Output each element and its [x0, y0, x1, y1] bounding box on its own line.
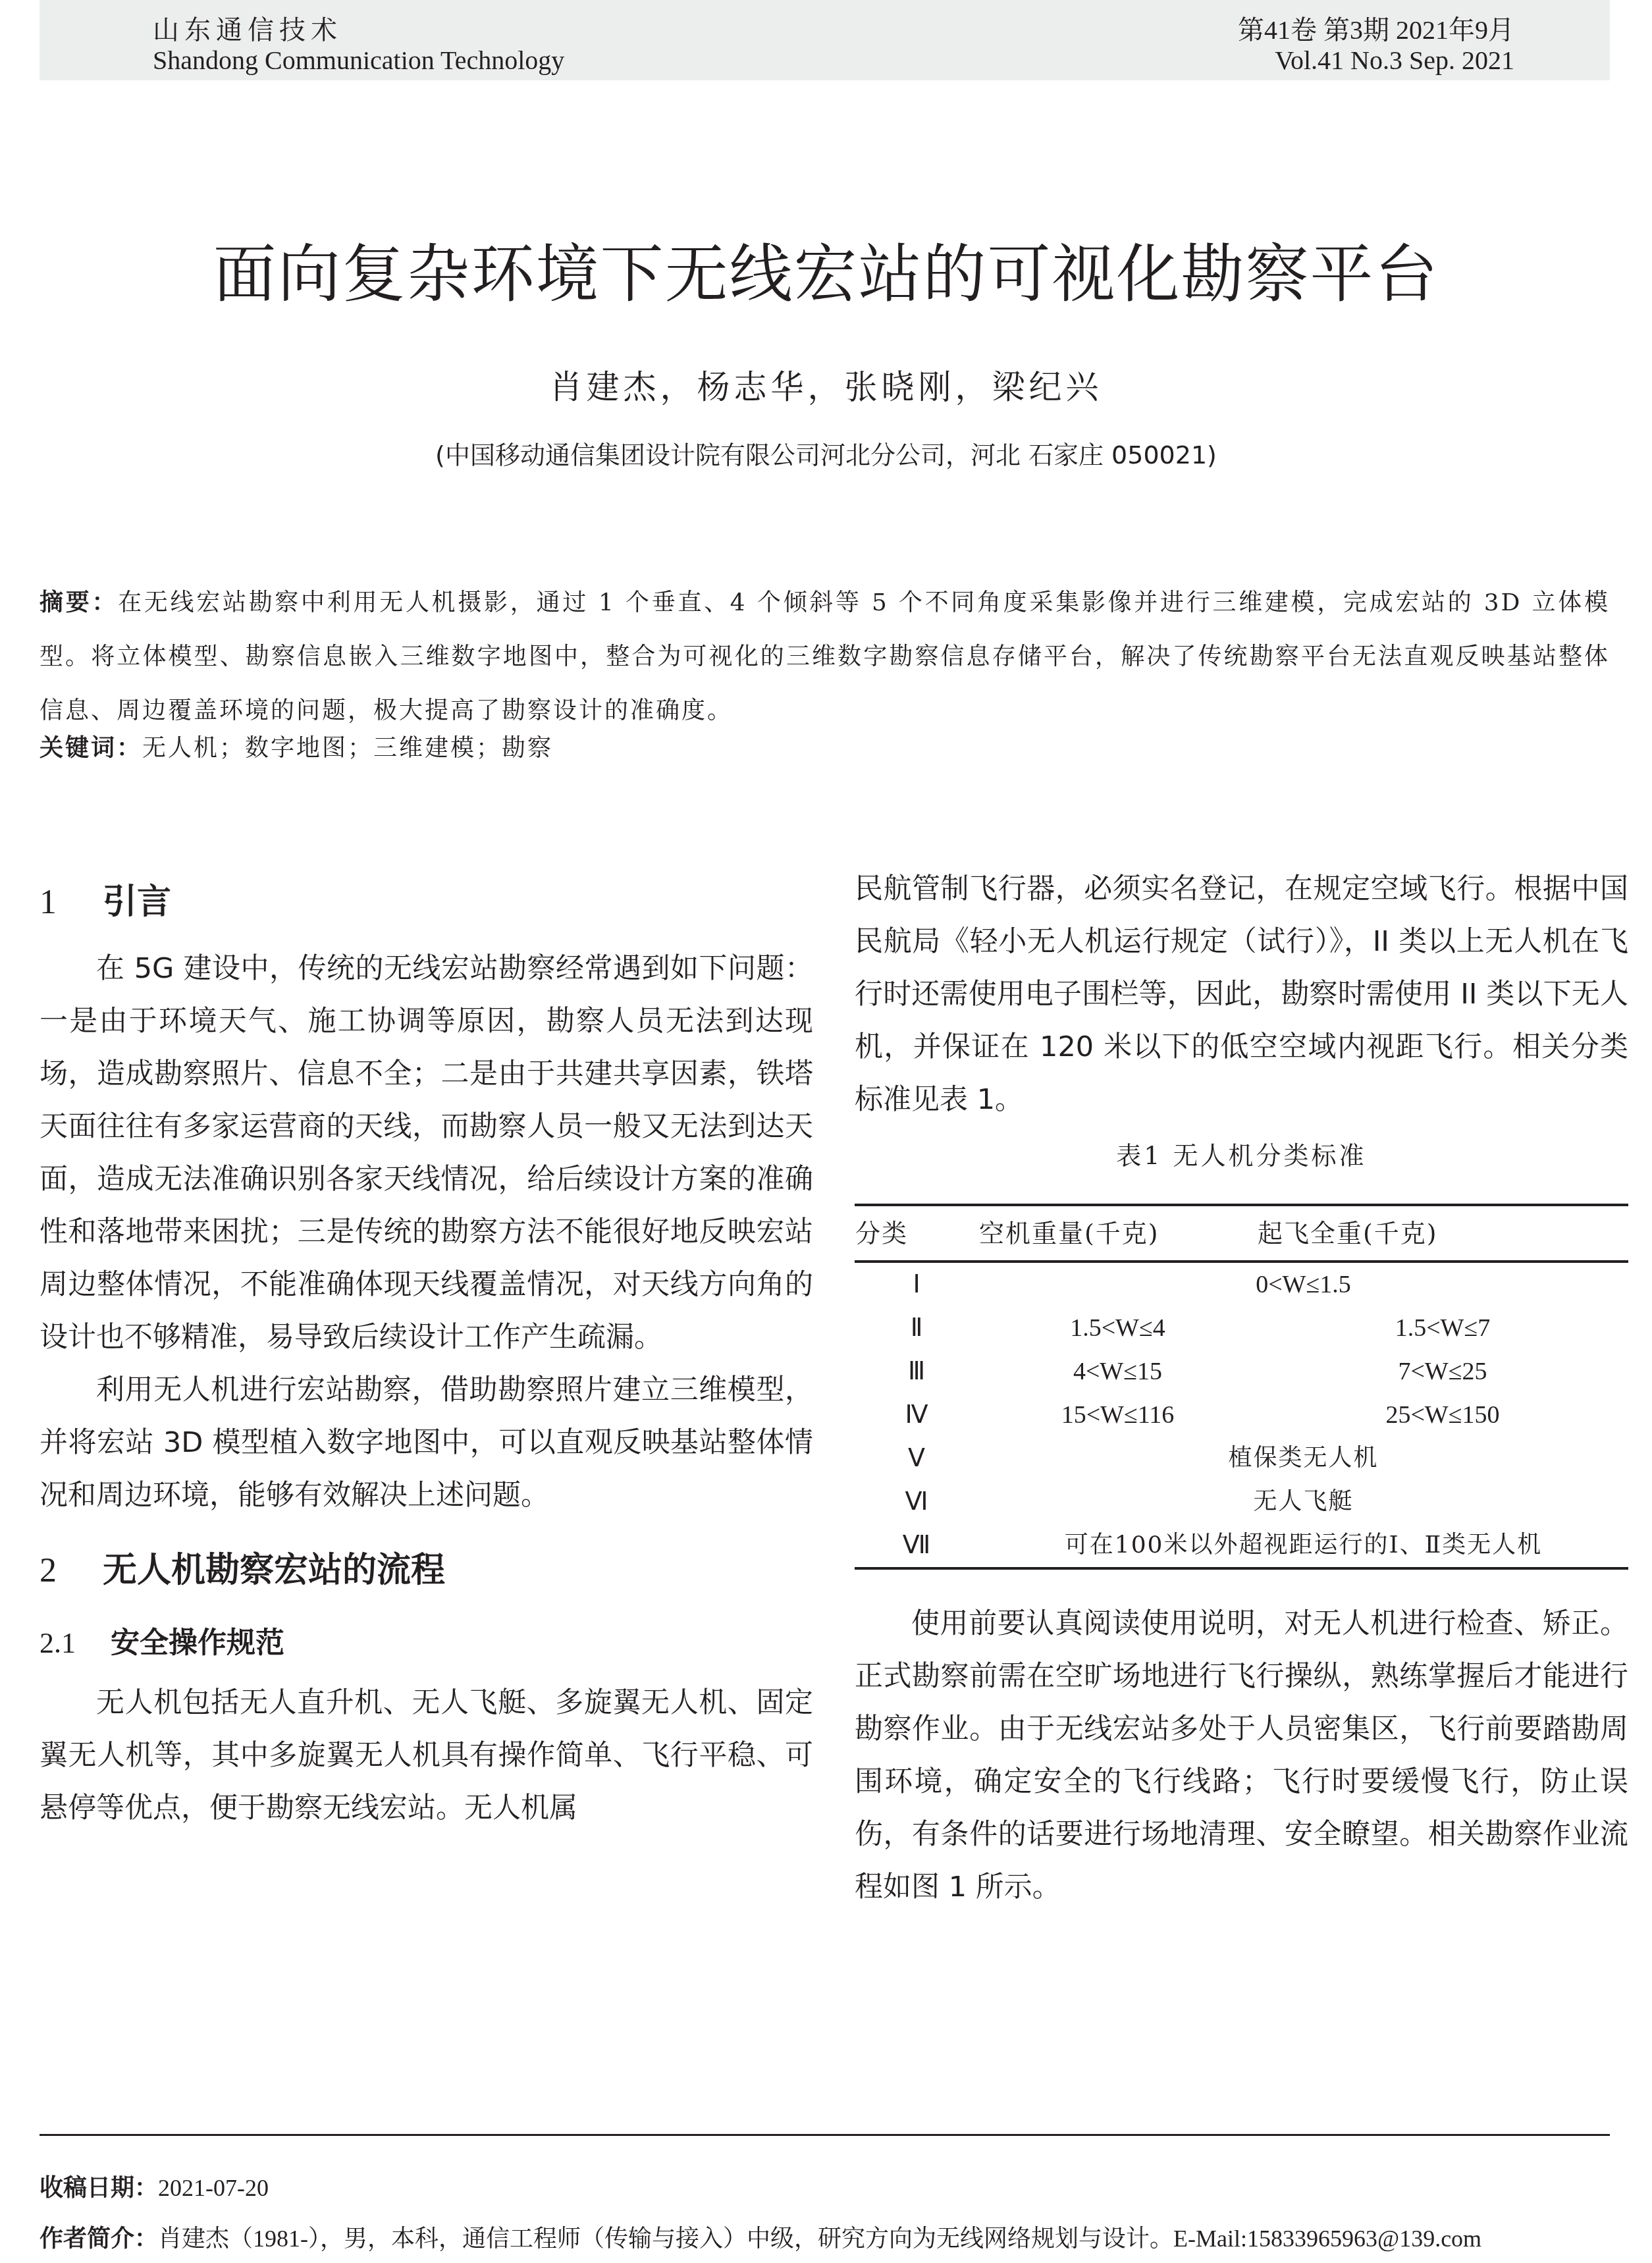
cell-empty-weight: 1.5<W≤4	[978, 1306, 1257, 1350]
cell-class: Ⅵ	[855, 1480, 978, 1524]
received-date: 收稿日期：2021-07-20	[40, 2170, 269, 2203]
paragraph-continued: 民航管制飞行器，必须实名登记，在规定空域飞行。根据中国民航局《轻小无人机运行规定…	[855, 863, 1628, 1126]
cell-empty-weight: 4<W≤15	[978, 1350, 1257, 1393]
journal-name-en: Shandong Communication Technology	[153, 45, 564, 76]
keywords-label: 关键词：	[40, 735, 142, 762]
table-row: Ⅲ 4<W≤15 7<W≤25	[855, 1350, 1628, 1393]
cell-class: Ⅴ	[855, 1437, 978, 1480]
received-label: 收稿日期：	[40, 2175, 158, 2202]
cell-takeoff-weight: 1.5<W≤7	[1257, 1306, 1628, 1350]
cell-merged: 无人飞艇	[978, 1480, 1628, 1524]
issue-info-cn: 第41卷 第3期 2021年9月	[1238, 9, 1514, 47]
section-number: 1	[40, 863, 103, 942]
cell-merged: 植保类无人机	[978, 1437, 1628, 1480]
body-column-left: 1引言 在 5G 建设中，传统的无线宏站勘察经常遇到如下问题：一是由于环境天气、…	[40, 863, 813, 1834]
section-number: 2	[40, 1531, 103, 1611]
affiliation: (中国移动通信集团设计院有限公司河北分公司，河北 石家庄 050021)	[0, 435, 1652, 471]
bio-label: 作者简介：	[40, 2225, 158, 2252]
subsection-number: 2.1	[40, 1611, 111, 1676]
paragraph: 使用前要认真阅读使用说明，对无人机进行检查、矫正。正式勘察前需在空旷场地进行飞行…	[855, 1597, 1628, 1913]
cell-merged: 可在100米以外超视距运行的Ⅰ、Ⅱ类无人机	[978, 1524, 1628, 1568]
subsection-heading-2-1: 2.1安全操作规范	[40, 1611, 813, 1676]
cell-empty-weight: 15<W≤116	[978, 1393, 1257, 1437]
keywords-text: 无人机；数字地图；三维建模；勘察	[142, 735, 553, 762]
table-row: Ⅰ 0<W≤1.5	[855, 1262, 1628, 1306]
paper-title: 面向复杂环境下无线宏站的可视化勘察平台	[0, 224, 1652, 314]
table-row: Ⅵ 无人飞艇	[855, 1480, 1628, 1524]
column-header-empty-weight: 空机重量(千克)	[978, 1205, 1257, 1262]
abstract-text: 在无线宏站勘察中利用无人机摄影，通过 1 个垂直、4 个倾斜等 5 个不同角度采…	[40, 589, 1610, 724]
cell-class: Ⅳ	[855, 1393, 978, 1437]
paragraph: 在 5G 建设中，传统的无线宏站勘察经常遇到如下问题：一是由于环境天气、施工协调…	[40, 942, 813, 1364]
cell-class: Ⅱ	[855, 1306, 978, 1350]
table-header-row: 分类 空机重量(千克) 起飞全重(千克)	[855, 1205, 1628, 1262]
author-bio: 作者简介：肖建杰（1981-），男，本科，通信工程师（传输与接入）中级，研究方向…	[40, 2220, 1481, 2254]
paragraph: 无人机包括无人直升机、无人飞艇、多旋翼无人机、固定翼无人机等，其中多旋翼无人机具…	[40, 1676, 813, 1834]
keywords: 关键词：无人机；数字地图；三维建模；勘察	[40, 730, 553, 763]
issue-info-en: Vol.41 No.3 Sep. 2021	[1275, 45, 1514, 76]
cell-takeoff-weight: 25<W≤150	[1257, 1393, 1628, 1437]
footnote-divider	[40, 2134, 1610, 2136]
table-row: Ⅳ 15<W≤116 25<W≤150	[855, 1393, 1628, 1437]
author-list: 肖建杰，杨志华，张晓刚，梁纪兴	[0, 361, 1652, 408]
cell-takeoff-weight: 7<W≤25	[1257, 1350, 1628, 1393]
uav-classification-table: 分类 空机重量(千克) 起飞全重(千克) Ⅰ 0<W≤1.5 Ⅱ 1.5<W≤4…	[855, 1204, 1628, 1570]
section-title: 引言	[103, 882, 171, 922]
section-heading-1: 1引言	[40, 863, 813, 942]
journal-name-cn: 山东通信技术	[153, 9, 342, 47]
cell-class: Ⅶ	[855, 1524, 978, 1568]
received-value: 2021-07-20	[158, 2175, 269, 2201]
cell-class: Ⅰ	[855, 1262, 978, 1306]
cell-merged: 0<W≤1.5	[978, 1262, 1628, 1306]
journal-header-band: 山东通信技术 Shandong Communication Technology…	[40, 0, 1610, 80]
body-column-right: 民航管制飞行器，必须实名登记，在规定空域飞行。根据中国民航局《轻小无人机运行规定…	[855, 863, 1628, 1913]
table-row: Ⅱ 1.5<W≤4 1.5<W≤7	[855, 1306, 1628, 1350]
table-row: Ⅴ 植保类无人机	[855, 1437, 1628, 1480]
section-heading-2: 2无人机勘察宏站的流程	[40, 1531, 813, 1611]
bio-text: 肖建杰（1981-），男，本科，通信工程师（传输与接入）中级，研究方向为无线网络…	[158, 2225, 1481, 2252]
column-header-class: 分类	[855, 1205, 978, 1262]
column-header-takeoff-weight: 起飞全重(千克)	[1257, 1205, 1628, 1262]
section-title: 无人机勘察宏站的流程	[103, 1551, 445, 1590]
subsection-title: 安全操作规范	[111, 1626, 284, 1660]
abstract-label: 摘要：	[40, 589, 118, 616]
table-row: Ⅶ 可在100米以外超视距运行的Ⅰ、Ⅱ类无人机	[855, 1524, 1628, 1568]
cell-class: Ⅲ	[855, 1350, 978, 1393]
paragraph: 利用无人机进行宏站勘察，借助勘察照片建立三维模型，并将宏站 3D 模型植入数字地…	[40, 1364, 813, 1522]
table-caption: 表1 无人机分类标准	[855, 1126, 1628, 1185]
abstract: 摘要：在无线宏站勘察中利用无人机摄影，通过 1 个垂直、4 个倾斜等 5 个不同…	[40, 576, 1610, 738]
